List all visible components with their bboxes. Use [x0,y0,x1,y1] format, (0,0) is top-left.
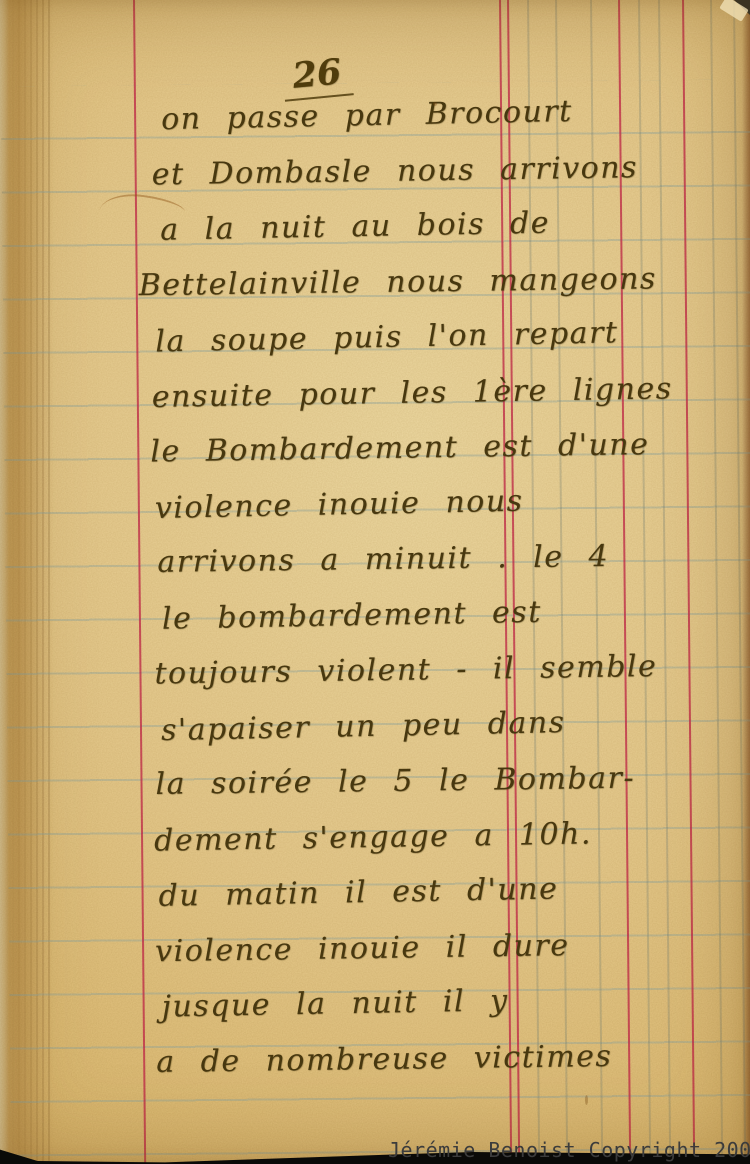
handwritten-line: arrivons a minuit . le 4 [157,539,609,580]
ink-speck [433,102,437,106]
handwritten-line: et Dombasle nous arrivons [151,150,638,192]
handwritten-line: toujours violent - il semble [154,649,657,691]
handwritten-line: jusque la nuit il y [161,983,508,1024]
handwritten-line: a de nombreuse victimes [156,1039,613,1080]
handwritten-line: violence inouie nous [155,484,524,526]
ink-speck [585,1095,588,1105]
handwritten-line: le Bombardement est d'une [150,427,649,469]
handwritten-line: dement s'engage a 10h. [154,816,592,858]
notebook-page-scan: 26 on passe par Brocourt et Dombasle nou… [0,0,750,1164]
handwritten-line: Bettelainville nous mangeons [139,261,658,303]
handwritten-line: le bombardement est [162,595,542,637]
handwritten-line: a la nuit au bois de [160,206,550,248]
handwritten-line: la soirée le 5 le Bombar- [155,761,635,802]
page-number: 26 [281,50,354,101]
watermark-text: Jérémie Benoist Copyright 2009 [388,1138,750,1162]
handwritten-line: violence inouie il dure [155,928,570,969]
handwritten-line: du matin il est d'une [158,872,558,914]
page-content-layer: 26 on passe par Brocourt et Dombasle nou… [0,0,750,1164]
